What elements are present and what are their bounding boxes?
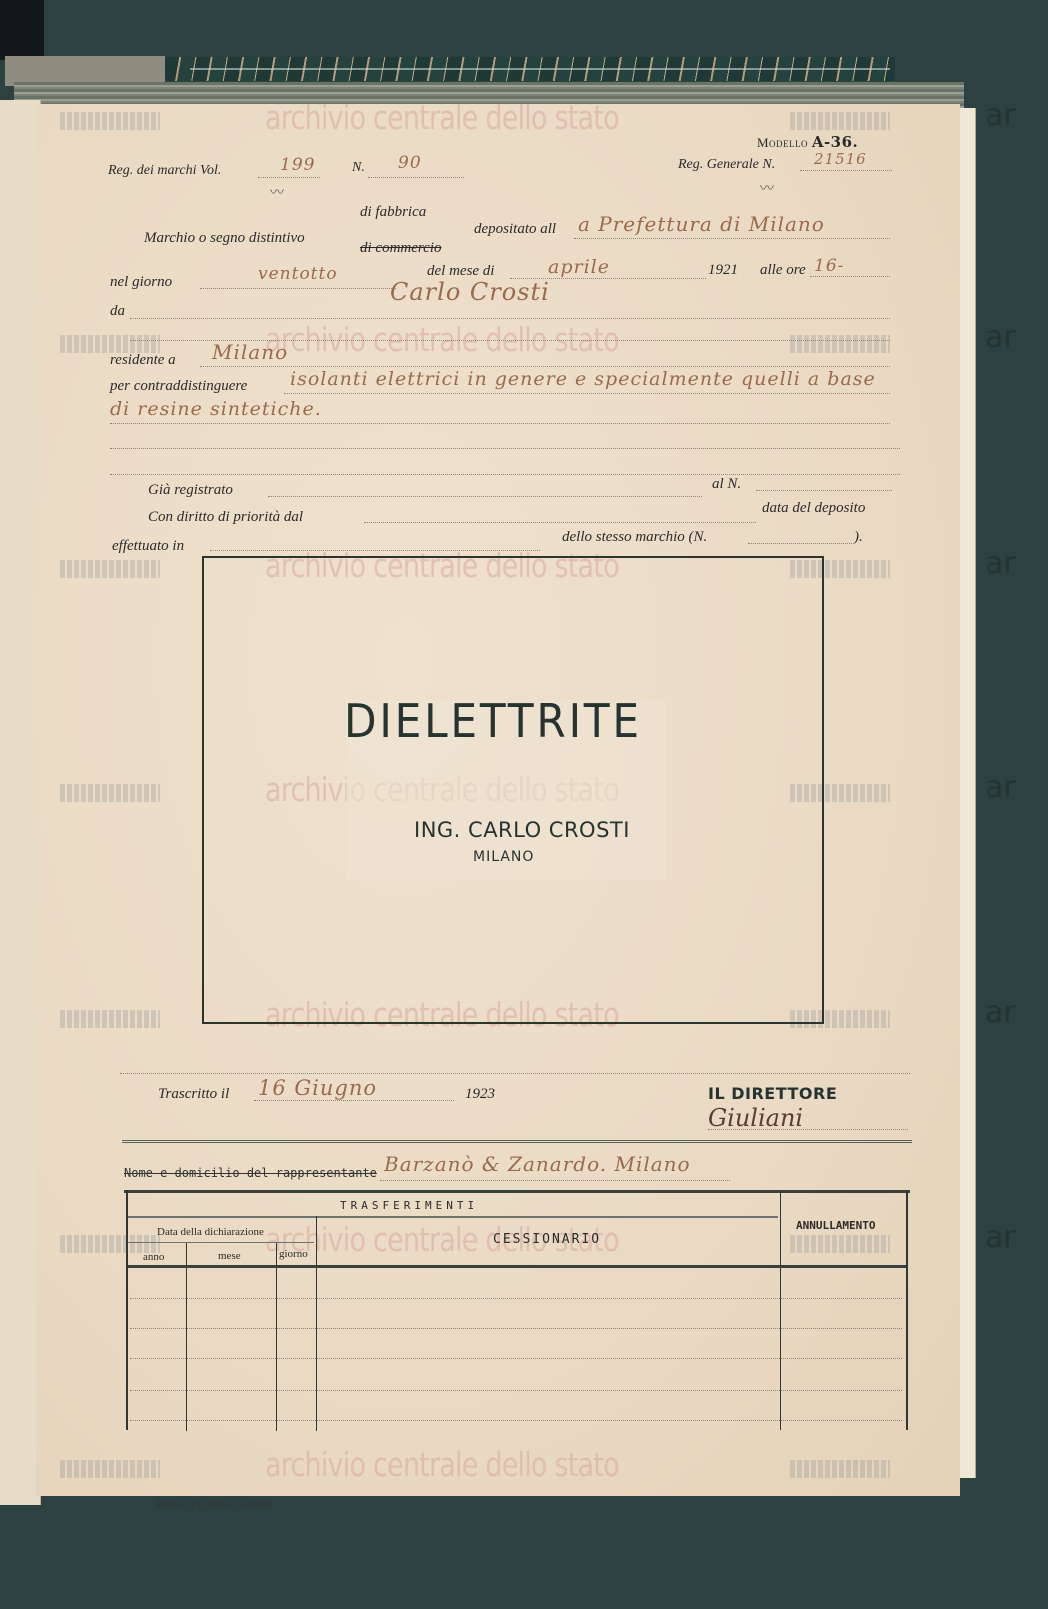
alle-ore-label: alle ore (760, 262, 806, 279)
trademark-owner: ING. CARLO CROSTI (414, 818, 630, 842)
date-group-header: Data della dichiarazione (157, 1226, 264, 1238)
right-page-edge (958, 108, 976, 1478)
marchio-label: Marchio o segno distintivo (144, 230, 305, 247)
reg-marchi-label: Reg. dei marchi Vol. (108, 163, 221, 179)
spine-highlight (190, 68, 890, 70)
trascritto-label: Trascritto il (158, 1086, 229, 1103)
effettuato-label: effettuato in (112, 538, 184, 555)
col-annullamento: ANNULLAMENTO (796, 1219, 875, 1232)
flourish-icon: 〰 (270, 182, 284, 202)
depositato-label: depositato all (474, 221, 556, 238)
modello-label: Modello A-36. (757, 133, 858, 151)
direttore-label: IL DIRETTORE (708, 1084, 837, 1103)
transfers-title: TRASFERIMENTI (340, 1199, 478, 1212)
ore-value: 16- (814, 256, 844, 276)
col-cessionario: CESSIONARIO (493, 1232, 601, 1247)
close-paren: ). (854, 529, 863, 546)
representative-label: Nome e domicilio del rappresentante (124, 1166, 377, 1180)
contraddistinguere-label: per contraddistinguere (110, 378, 247, 395)
residente-value: Milano (212, 340, 288, 364)
commercio-label-struck: di commercio (360, 240, 442, 257)
n-label: N. (352, 160, 365, 176)
previous-page-edge (0, 100, 41, 1505)
gia-registrato-label: Già registrato (148, 482, 233, 499)
trascritto-value: 16 Giugno (258, 1076, 377, 1100)
depositato-value: a Prefettura di Milano (578, 212, 825, 236)
da-value: Carlo Crosti (390, 278, 550, 306)
contraddistinguere-value-1: isolanti elettrici in genere e specialme… (290, 368, 876, 390)
col-mese: mese (218, 1250, 241, 1262)
n-value: 90 (398, 153, 422, 173)
nel-giorno-label: nel giorno (110, 274, 172, 291)
mese-value: aprile (548, 256, 610, 278)
anno-value: 1921 (708, 262, 738, 279)
vol-value: 199 (280, 155, 315, 175)
trademark-name: DIELETTRITE (344, 694, 642, 748)
reg-generale-label: Reg. Generale N. (678, 157, 775, 173)
direttore-signature: Giuliani (708, 1104, 803, 1132)
printer-footer: Roma — Tip. Ditta L. Cecchini. (156, 1499, 272, 1509)
stesso-marchio-label: dello stesso marchio (N. (562, 529, 707, 546)
col-anno: anno (143, 1251, 164, 1263)
col-giorno: giorno (279, 1248, 308, 1260)
trascritto-year: 1923 (465, 1086, 495, 1103)
trademark-city: MILANO (473, 849, 534, 865)
giorno-value: ventotto (258, 264, 338, 284)
flourish-icon: 〰 (760, 178, 774, 198)
contraddistinguere-value-2: di resine sintetiche. (110, 398, 322, 420)
da-label: da (110, 303, 125, 320)
cover-shadow (0, 0, 44, 60)
al-n-label: al N. (712, 476, 741, 493)
fabbrica-label: di fabbrica (360, 204, 426, 221)
priorita-label: Con diritto di priorità dal (148, 509, 303, 526)
residente-label: residente a (110, 352, 176, 369)
representative-value: Barzanò & Zanardo. Milano (384, 1152, 691, 1176)
reg-generale-value: 21516 (814, 150, 867, 168)
data-deposito-label: data del deposito (762, 500, 865, 517)
